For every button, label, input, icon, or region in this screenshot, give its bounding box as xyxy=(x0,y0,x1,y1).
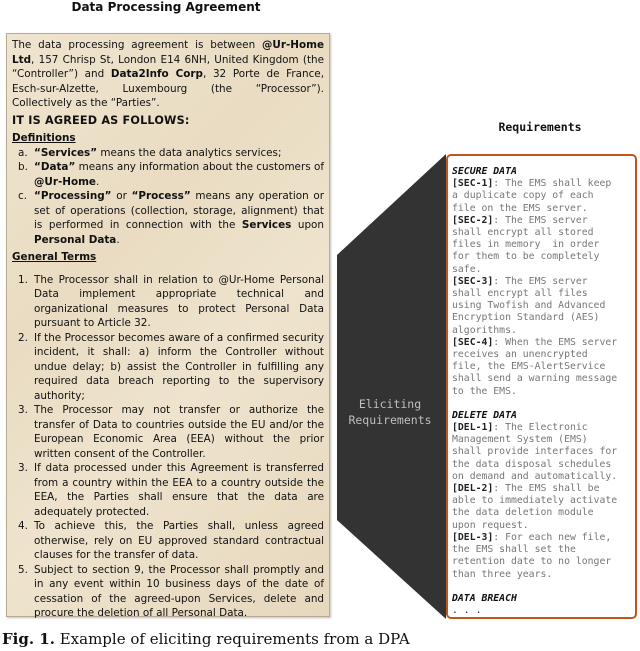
dpa-document: The data processing agreement is between… xyxy=(6,33,330,617)
requirements-box: SECURE DATA[SEC-1]: The EMS shall keep a… xyxy=(446,154,637,619)
list-marker: 5. xyxy=(12,563,34,621)
term-item: 5.Subject to section 9, the Processor sh… xyxy=(12,563,324,621)
defined-term: @Ur-Home xyxy=(34,176,96,188)
intro-text: The data processing agreement is between xyxy=(12,39,262,51)
definitions-heading: Definitions xyxy=(12,131,324,146)
defined-term: Personal Data xyxy=(34,234,116,246)
defined-term: “Process” xyxy=(132,190,191,202)
term-text: The Processor shall in relation to @Ur-H… xyxy=(34,273,324,331)
definition-item: c.“Processing” or “Process” means any op… xyxy=(12,189,324,247)
definition-text: means any information about the customer… xyxy=(75,161,324,173)
definitions-list: a.“Services” means the data analytics se… xyxy=(12,146,324,248)
list-marker: 4. xyxy=(12,519,34,563)
list-marker: a. xyxy=(12,146,34,161)
requirement-item: [DEL-3]: For each new file, the EMS shal… xyxy=(452,532,631,581)
requirement-item: [SEC-3]: The EMS server shall encrypt al… xyxy=(452,276,631,337)
requirement-id: [DEL-1] xyxy=(452,422,493,433)
connector-label-line: Eliciting xyxy=(340,396,440,412)
defined-term: “Services” xyxy=(34,147,97,159)
definition-text: upon xyxy=(291,219,324,231)
definition-item: a.“Services” means the data analytics se… xyxy=(12,146,324,161)
requirement-item: [SEC-2]: The EMS server shall encrypt al… xyxy=(452,215,631,276)
caption-text: Example of eliciting requirements from a… xyxy=(55,630,410,648)
requirement-category: DELETE DATA xyxy=(452,410,631,422)
list-marker: c. xyxy=(12,189,34,247)
term-text: If the Processor becomes aware of a conf… xyxy=(34,331,324,404)
defined-term: “Data” xyxy=(34,161,75,173)
requirement-item: [SEC-4]: When the EMS server receives an… xyxy=(452,337,631,398)
agreed-heading: IT IS AGREED AS FOLLOWS: xyxy=(12,114,324,129)
list-marker: 2. xyxy=(12,331,34,404)
requirement-category: DATA BREACH xyxy=(452,593,631,605)
requirement-id: [DEL-3] xyxy=(452,532,493,543)
processor-name: Data2Info Corp xyxy=(111,68,203,80)
term-text: If data processed under this Agreement i… xyxy=(34,461,324,519)
term-item: 1.The Processor shall in relation to @Ur… xyxy=(12,273,324,331)
term-text: The Processor may not transfer or author… xyxy=(34,403,324,461)
connector-label-line: Requirements xyxy=(340,412,440,428)
list-marker: 1. xyxy=(12,273,34,331)
figure-caption: Fig. 1. Example of eliciting requirement… xyxy=(2,630,410,648)
term-text: Subject to section 9, the Processor shal… xyxy=(34,563,324,621)
caption-label: Fig. 1. xyxy=(2,630,55,648)
definition-text: . xyxy=(96,176,99,188)
category-gap xyxy=(452,398,631,410)
connector-label: Eliciting Requirements xyxy=(340,396,440,428)
ellipsis: . . . xyxy=(452,605,631,617)
definition-text: means the data analytics services; xyxy=(97,147,281,159)
requirement-category: SECURE DATA xyxy=(452,166,631,178)
requirement-id: [SEC-4] xyxy=(452,337,493,348)
requirement-id: [SEC-3] xyxy=(452,276,493,287)
requirement-id: [DEL-2] xyxy=(452,483,493,494)
requirement-id: [SEC-2] xyxy=(452,215,493,226)
requirement-item: [DEL-1]: The Electronic Management Syste… xyxy=(452,422,631,483)
requirement-id: [SEC-1] xyxy=(452,178,493,189)
definition-item: b.“Data” means any information about the… xyxy=(12,160,324,189)
general-terms-heading: General Terms xyxy=(12,250,324,265)
term-text: To achieve this, the Parties shall, unle… xyxy=(34,519,324,563)
requirement-item: [DEL-2]: The EMS shall be able to immedi… xyxy=(452,483,631,532)
general-terms-list: 1.The Processor shall in relation to @Ur… xyxy=(12,273,324,621)
defined-term: Services xyxy=(242,219,291,231)
category-gap xyxy=(452,581,631,593)
list-marker: b. xyxy=(12,160,34,189)
requirements-title: Requirements xyxy=(440,120,640,134)
term-item: 3.If data processed under this Agreement… xyxy=(12,461,324,519)
requirement-item: [SEC-1]: The EMS shall keep a duplicate … xyxy=(452,178,631,215)
dpa-title: Data Processing Agreement xyxy=(0,0,332,14)
definition-text: . xyxy=(116,234,119,246)
definition-text: or xyxy=(112,190,132,202)
term-item: 4.To achieve this, the Parties shall, un… xyxy=(12,519,324,563)
term-item: 2. If the Processor becomes aware of a c… xyxy=(12,331,324,404)
list-marker: 3. xyxy=(12,403,34,461)
dpa-intro: The data processing agreement is between… xyxy=(12,38,324,111)
defined-term: “Processing” xyxy=(34,190,112,202)
term-item: 3.The Processor may not transfer or auth… xyxy=(12,403,324,461)
list-marker: 3. xyxy=(12,461,34,519)
